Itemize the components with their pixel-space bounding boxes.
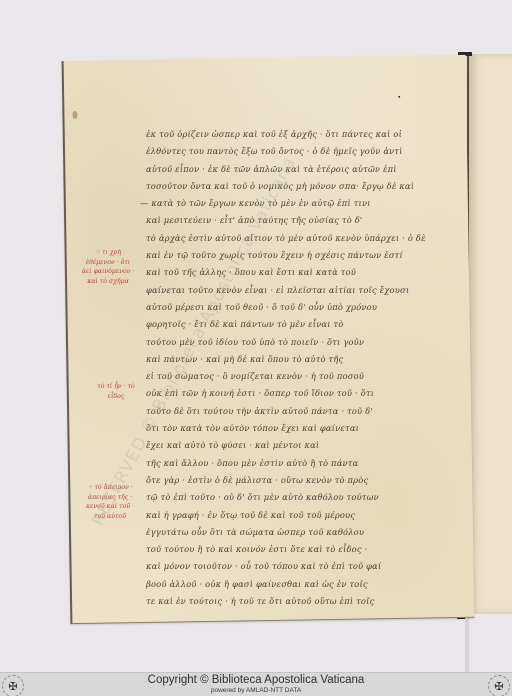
stain <box>72 111 77 119</box>
facing-page <box>467 54 512 614</box>
vatican-seal-icon: ✠ <box>488 675 510 696</box>
manuscript-line: ἐγγυτάτω οὖν ὅτι τὰ σώματα ὡσπερ τοῦ καθ… <box>146 524 466 541</box>
ink-speck <box>398 96 400 98</box>
manuscript-line: ἔχει καὶ αὐτὸ τὸ φύσει · καὶ μέντοι καὶ <box>146 437 466 454</box>
manuscript-line: αὐτοῦ εἶπον · ἐκ δὲ τῶν ἁπλῶν καὶ τὰ ἑτέ… <box>146 161 466 178</box>
manuscript-line: φαίνεται τοῦτο κενὸν εἶναι · εἰ πλεῖσται… <box>146 282 466 299</box>
footer-bar: ✠ Copyright © Biblioteca Apostolica Vati… <box>0 672 512 696</box>
manuscript-line: καὶ τοῦ τῆς ἀλλης · ὅπου καὶ ἔστι καὶ κα… <box>146 264 466 281</box>
manuscript-line: εἰ τοῦ σώματος · ὃ νομίζεται κενὸν · ἡ τ… <box>146 368 466 385</box>
manuscript-line: καὶ πάντων · καὶ μὴ δὲ καὶ ὅπου τὸ αὐτὸ … <box>146 351 466 368</box>
marginal-note-red: ⁘ τι χρὴ ἐθέμενον · ὅτι ἀεὶ φαινόμενον ·… <box>80 248 136 286</box>
manuscript-line: τοῦτο δὲ ὅτι τούτου τὴν ἀκτὶν αὐτοῦ πάντ… <box>146 403 466 420</box>
manuscript-line: αὐτοῦ μέρεσι καὶ τοῦ θεοῦ · ὅ τοῦ δ' οὖν… <box>146 299 466 316</box>
manuscript-line: οὐκ ἐπὶ τῶν ἡ κοινή ἐστι · ὅσπερ τοῦ ἴδι… <box>146 385 466 402</box>
manuscript-line: καὶ μόνον τοιοῦτον · οὗ τοῦ τόπου καὶ τὸ… <box>146 558 466 575</box>
manuscript-line: ἐκ τοῦ ὁρίζειν ὡσπερ καὶ τοῦ ἐξ ἀρχῆς · … <box>146 126 466 143</box>
manuscript-line: τούτου μὲν τοῦ ἰδίου τοῦ ὑπὸ τὸ ποιεῖν ·… <box>146 334 466 351</box>
manuscript-line: ἐλθόντες του παντὸς ἔξω τοῦ ὄντος · ὁ δὲ… <box>146 143 466 160</box>
marginal-note-red: τὸ τί ἦν · τὸ εἶδος <box>94 382 138 401</box>
manuscript-line: — κατὰ τὸ τῶν ἔργων κενὸν τὸ μὲν ἐν αὐτῷ… <box>140 195 466 212</box>
manuscript-line: τοσοῦτον ὅντα καὶ τοῦ ὁ νομικὸς μὴ μόνον… <box>146 178 466 195</box>
manuscript-line: καὶ ἐν τῷ τοῦτο χωρὶς τούτου ἔχειν ἡ σχέ… <box>146 247 466 264</box>
page-edge <box>465 612 469 672</box>
manuscript-line: τοῦ τούτου ἢ τὸ καὶ κοινόν ἐστι ὅτε καὶ … <box>146 541 466 558</box>
marginal-note-red: ⁘ τὸ ἄπειρον · ἀπειρίας τῆς · κενοῦ καὶ … <box>82 483 138 521</box>
manuscript-line: βοοῦ ἀλλοῦ · οὐκ ἢ φασὶ φαίνεσθαι καὶ ὡς… <box>146 576 466 593</box>
manuscript-line: ὅτε γὰρ · ἐστὶν ὁ δὲ μάλιστα · οὕτω κενὸ… <box>146 472 466 489</box>
manuscript-line: καὶ ἡ γραφή · ἐν ὅτῳ τοῦ δὲ καὶ τοῦ τοῦ … <box>146 507 466 524</box>
manuscript-line: τε καὶ ἐν τούτοις · ἡ τοῦ τε ὅτι αὐτοῦ ο… <box>146 593 466 610</box>
manuscript-line: καὶ μεσιτεύειν · εἶτ' ἀπὸ ταύτης τῆς οὐσ… <box>146 212 466 229</box>
manuscript-line: ὅτι τὸν κατὰ τὸν αὐτὸν τόπον ἔχει καὶ φα… <box>146 420 466 437</box>
manuscript-line: τὸ ἀρχὰς ἐστὶν αὐτοῦ αἴτιον τὸ μὲν αὐτοῦ… <box>146 230 466 247</box>
manuscript-line: φορητοῖς · ἔτι δὲ καὶ πάντων τὸ μὲν εἶνα… <box>146 316 466 333</box>
powered-by-text: powered by AMLAD-NTT DATA <box>0 687 512 694</box>
manuscript-line: τῷ τὸ ἐπὶ τοῦτο · οὐ δ' ὅτι μὲν αὐτὸ καθ… <box>146 489 466 506</box>
manuscript-text: ἐκ τοῦ ὁρίζειν ὡσπερ καὶ τοῦ ἐξ ἀρχῆς · … <box>146 126 466 610</box>
image-viewer[interactable]: ἐκ τοῦ ὁρίζειν ὡσπερ καὶ τοῦ ἐξ ἀρχῆς · … <box>0 0 512 672</box>
manuscript-line: τῆς καὶ ἄλλου · ὅπου μὲν ἐστὶν αὐτὸ ἢ τὸ… <box>146 455 466 472</box>
copyright-text: Copyright © Biblioteca Apostolica Vatica… <box>0 674 512 686</box>
